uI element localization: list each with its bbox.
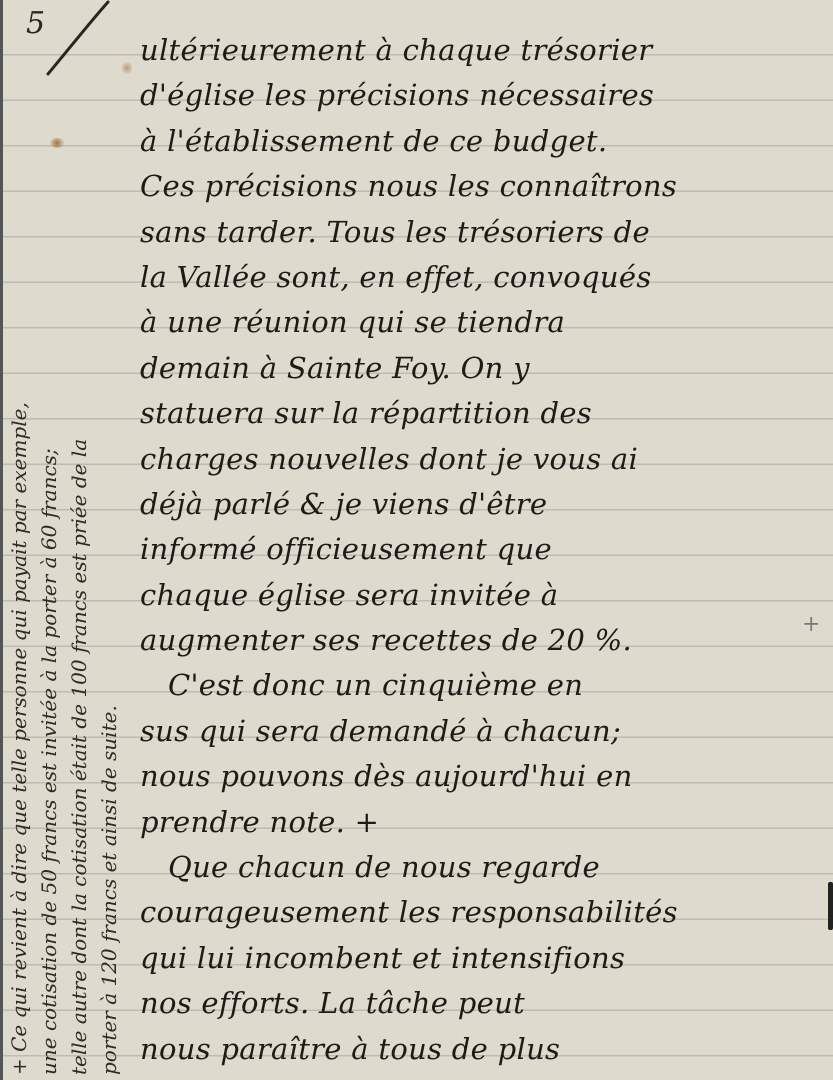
page-edge-mark — [828, 882, 833, 930]
margin-note-line: porter à 120 francs et ainsi de suite. — [94, 25, 124, 1075]
vertical-margin-note: + Ce qui revient à dire que telle person… — [4, 25, 124, 1075]
text-line: à une réunion qui se tiendra — [140, 300, 820, 345]
text-line: Ces précisions nous les connaîtrons — [140, 164, 820, 209]
insertion-mark: + — [802, 612, 820, 637]
text-line: prendre note. + — [140, 800, 820, 845]
text-line: d'église les précisions nécessaires — [140, 73, 820, 118]
text-line: courageusement les responsabilités — [140, 890, 820, 935]
text-line: nos efforts. La tâche peut — [140, 981, 820, 1026]
text-line: chaque église sera invitée à — [140, 573, 820, 618]
page-edge — [0, 0, 3, 1080]
margin-note-line: + Ce qui revient à dire que telle person… — [4, 25, 34, 1075]
text-line: déjà parlé & je viens d'être — [140, 482, 820, 527]
text-line: informé officieusement que — [140, 527, 820, 572]
text-line: ultérieurement à chaque trésorier — [140, 28, 820, 73]
text-line: C'est donc un cinquième en — [140, 663, 820, 708]
text-line: sans tarder. Tous les trésoriers de — [140, 210, 820, 255]
margin-note-line: une cotisation de 50 francs est invitée … — [34, 25, 64, 1075]
text-line: sus qui sera demandé à chacun; — [140, 709, 820, 754]
text-line: à l'établissement de ce budget. — [140, 119, 820, 164]
text-line: demain à Sainte Foy. On y — [140, 346, 820, 391]
text-line: Que chacun de nous regarde — [140, 845, 820, 890]
manuscript-page: 5 ultérieurement à chaque trésorier d'ég… — [0, 0, 833, 1080]
text-line: statuera sur la répartition des — [140, 391, 820, 436]
text-line: augmenter ses recettes de 20 %. — [140, 618, 820, 663]
text-line: nous pouvons dès aujourd'hui en — [140, 754, 820, 799]
text-line: charges nouvelles dont je vous ai — [140, 437, 820, 482]
text-line: la Vallée sont, en effet, convoqués — [140, 255, 820, 300]
letter-body: ultérieurement à chaque trésorier d'égli… — [140, 28, 820, 1072]
margin-note-line: telle autre dont la cotisation était de … — [64, 25, 94, 1075]
text-line: qui lui incombent et intensifions — [140, 936, 820, 981]
text-line: nous paraître à tous de plus — [140, 1027, 820, 1072]
